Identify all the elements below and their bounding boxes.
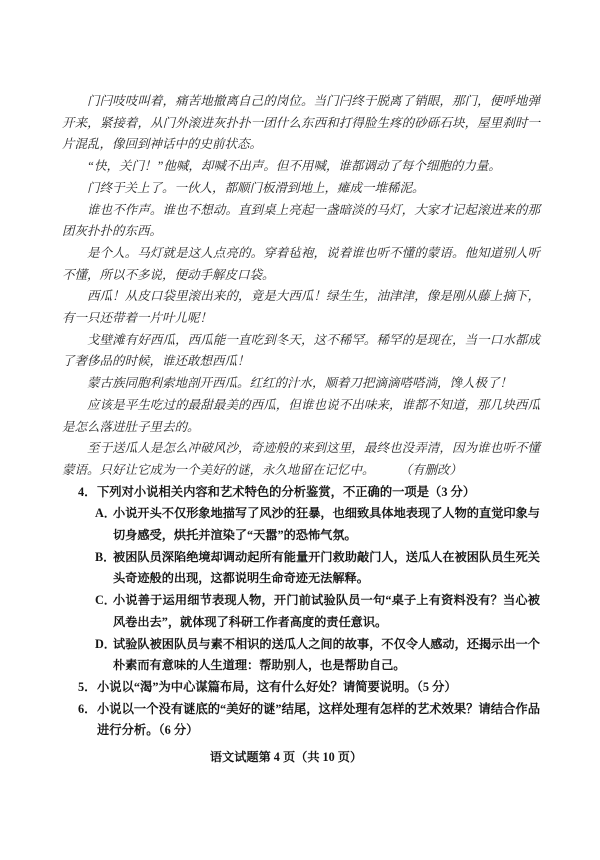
- story-paragraph: 西瓜！从皮口袋里滚出来的，竟是大西瓜！绿生生，油津津，像是刚从藤上摘下，有一只还…: [62, 286, 540, 329]
- page-footer: 语文试题第 4 页（共 10 页）: [0, 747, 572, 769]
- story-paragraph: 门终于关上了。一伙人，都顺门板滑到地上，瘫成一堆稀泥。: [62, 178, 540, 200]
- exam-page-column: 门闩吱吱叫着，痛苦地撤离自己的岗位。当门闩终于脱离了销眼，那门，便呼地弹开来，紧…: [62, 91, 540, 742]
- option-row: A．小说开头不仅形象地描写了风沙的狂暴，也细致具体地表现了人物的直觉印象与切身感…: [62, 503, 540, 546]
- question-number: 5．: [78, 677, 96, 699]
- option-text: 被困队员深陷绝境却调动起所有能量开门救助敲门人，送瓜人在被困队员生死关头奇迹般的…: [113, 550, 540, 586]
- option-label: B．: [95, 547, 115, 569]
- question-text: 小说以一个没有谜底的“美好的谜”结尾，这样处理有怎样的艺术效果？请结合作品进行分…: [97, 702, 540, 738]
- story-paragraph: 门闩吱吱叫着，痛苦地撤离自己的岗位。当门闩终于脱离了销眼，那门，便呼地弹开来，紧…: [62, 91, 540, 156]
- question-text: 小说以“渴”为中心谋篇布局，这有什么好处？请简要说明。（5 分）: [97, 680, 457, 694]
- option-row: C．小说善于运用细节表现人物，开门前试验队员一句“桌子上有资料没有？当心被风卷出…: [62, 590, 540, 633]
- question-text: 下列对小说相关内容和艺术特色的分析鉴赏，不正确的一项是（3 分）: [97, 485, 475, 499]
- option-text: 小说善于运用细节表现人物，开门前试验队员一句“桌子上有资料没有？当心被风卷出去”…: [113, 593, 540, 629]
- option-label: C．: [95, 590, 116, 612]
- story-paragraph: 蒙古族同胞利索地剖开西瓜。红红的汁水，顺着刀把滴滴嗒嗒淌，馋人极了！: [62, 373, 540, 395]
- question-block: 5．小说以“渴”为中心谋篇布局，这有什么好处？请简要说明。（5 分）: [62, 677, 540, 699]
- story-paragraph: 应该是平生吃过的最甜最美的西瓜，但谁也说不出味来，谁都不知道，那几块西瓜是怎么落…: [62, 395, 540, 438]
- option-label: A．: [95, 503, 116, 525]
- option-row: B．被困队员深陷绝境却调动起所有能量开门救助敲门人，送瓜人在被困队员生死关头奇迹…: [62, 547, 540, 590]
- option-label: D．: [95, 634, 116, 656]
- story-paragraph: 至于送瓜人是怎么冲破风沙，奇迹般的来到这里，最终也没弄清，因为谁也听不懂蒙语。只…: [62, 438, 540, 481]
- option-text: 小说开头不仅形象地描写了风沙的狂暴，也细致具体地表现了人物的直觉印象与切身感受，…: [113, 506, 540, 542]
- question-block: 6．小说以一个没有谜底的“美好的谜”结尾，这样处理有怎样的艺术效果？请结合作品进…: [62, 699, 540, 742]
- story-paragraph: 谁也不作声。谁也不想动。直到桌上亮起一盏暗淡的马灯，大家才记起滚进来的那团灰扑扑…: [62, 200, 540, 243]
- story-paragraph: 是个人。马灯就是这人点亮的。穿着毡袍，说着谁也听不懂的蒙语。他知道别人听不懂，所…: [62, 243, 540, 286]
- question-block: 4．下列对小说相关内容和艺术特色的分析鉴赏，不正确的一项是（3 分）: [62, 482, 540, 504]
- questions-section: 4．下列对小说相关内容和艺术特色的分析鉴赏，不正确的一项是（3 分）A．小说开头…: [62, 482, 540, 742]
- story-section: 门闩吱吱叫着，痛苦地撤离自己的岗位。当门闩终于脱离了销眼，那门，便呼地弹开来，紧…: [62, 91, 540, 482]
- story-paragraph: “快，关门！”他喊，却喊不出声。但不用喊，谁都调动了每个细胞的力量。: [62, 156, 540, 178]
- option-row: D．试验队被困队员与素不相识的送瓜人之间的故事，不仅令人感动，还揭示出一个朴素而…: [62, 634, 540, 677]
- question-number: 4．: [78, 482, 96, 504]
- option-text: 试验队被困队员与素不相识的送瓜人之间的故事，不仅令人感动，还揭示出一个朴素而有意…: [113, 637, 540, 673]
- story-paragraph: 戈壁滩有好西瓜，西瓜能一直吃到冬天，这不稀罕。稀罕的是现在，当一口水都成了奢侈品…: [62, 330, 540, 373]
- question-number: 6．: [78, 699, 96, 721]
